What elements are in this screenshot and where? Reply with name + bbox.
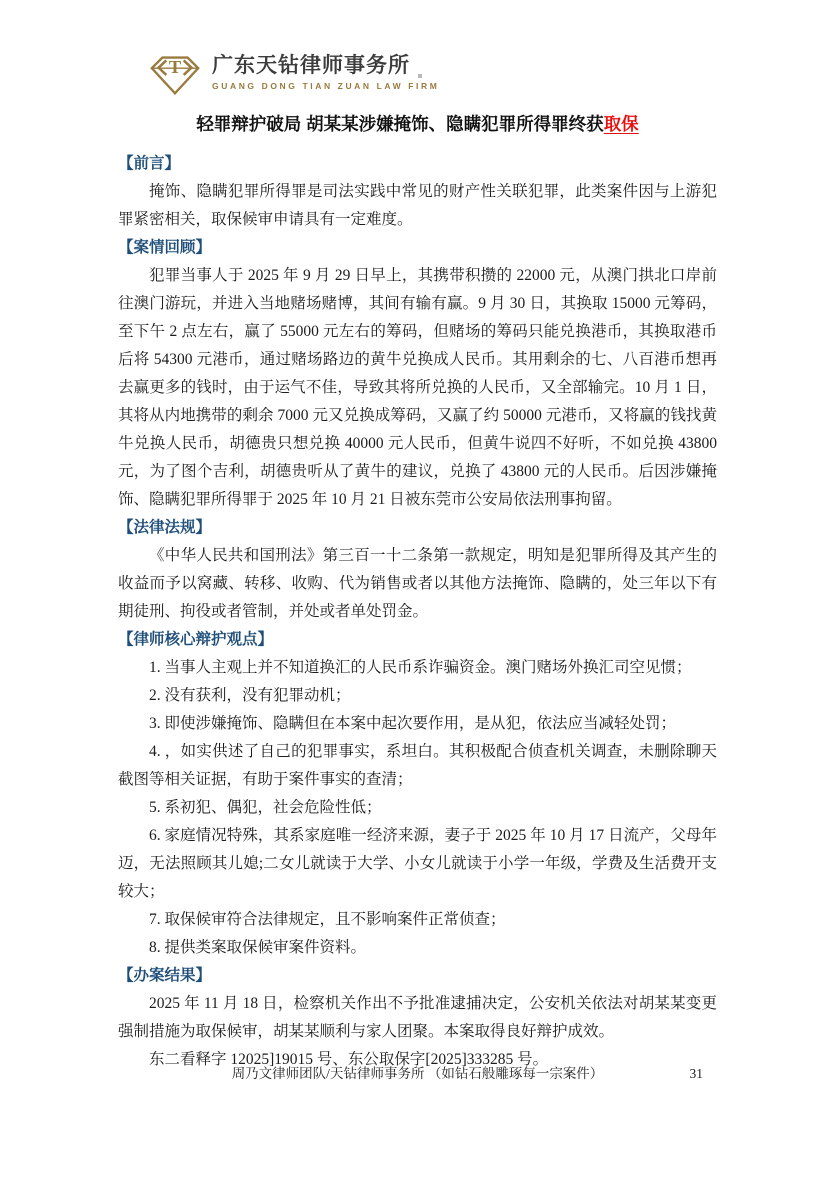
- intro-paragraph: 掩饰、隐瞒犯罪所得罪是司法实践中常见的财产性关联犯罪，此类案件因与上游犯罪紧密相…: [118, 178, 717, 234]
- diamond-t-logo-icon: T: [146, 48, 204, 98]
- firm-name-en: GUANG DONG TIAN ZUAN LAW FIRM: [212, 80, 439, 92]
- defense-point-2: 2. 没有获利，没有犯罪动机；: [118, 682, 717, 710]
- firm-header: T 广东天钻律师事务所 GUANG DONG TIAN ZUAN LAW FIR…: [118, 0, 717, 100]
- case-review-paragraph: 犯罪当事人于 2025 年 9 月 29 日早上，其携带积攒的 22000 元，…: [118, 262, 717, 514]
- page-content: T 广东天钻律师事务所 GUANG DONG TIAN ZUAN LAW FIR…: [0, 0, 833, 1074]
- defense-point-1: 1. 当事人主观上并不知道换汇的人民币系诈骗资金。澳门赌场外换汇司空见惯；: [118, 654, 717, 682]
- article-title-highlight: 取保: [604, 114, 639, 134]
- page-footer: 周乃文律师团队/天钻律师事务所 （如钻石般雕琢每一宗案件） 31: [118, 1064, 717, 1084]
- section-heading-defense: 【律师核心辩护观点】: [118, 626, 717, 654]
- article-title-main: 轻罪辩护破局 胡某某涉嫌掩饰、隐瞒犯罪所得罪终获: [196, 114, 603, 134]
- defense-point-5: 5. 系初犯、偶犯，社会危险性低；: [118, 794, 717, 822]
- section-heading-law: 【法律法规】: [118, 514, 717, 542]
- page-number: 31: [690, 1064, 704, 1084]
- document-page: T 广东天钻律师事务所 GUANG DONG TIAN ZUAN LAW FIR…: [0, 0, 833, 1178]
- section-heading-result: 【办案结果】: [118, 962, 717, 990]
- result-paragraph: 2025 年 11 月 18 日，检察机关作出不予批准逮捕决定，公安机关依法对胡…: [118, 990, 717, 1046]
- defense-point-3: 3. 即使涉嫌掩饰、隐瞒但在本案中起次要作用，是从犯，依法应当减轻处罚；: [118, 710, 717, 738]
- firm-name-block: 广东天钻律师事务所 GUANG DONG TIAN ZUAN LAW FIRM: [212, 54, 439, 92]
- firm-name-cn: 广东天钻律师事务所: [212, 54, 439, 78]
- article-body: 【前言】 掩饰、隐瞒犯罪所得罪是司法实践中常见的财产性关联犯罪，此类案件因与上游…: [118, 150, 717, 1074]
- svg-text:T: T: [169, 57, 181, 77]
- section-heading-case-review: 【案情回顾】: [118, 234, 717, 262]
- defense-point-4: 4. ，如实供述了自己的犯罪事实，系坦白。其积极配合侦查机关调查，未删除聊天截图…: [118, 738, 717, 794]
- section-heading-intro: 【前言】: [118, 150, 717, 178]
- defense-point-6: 6. 家庭情况特殊，其系家庭唯一经济来源，妻子于 2025 年 10 月 17 …: [118, 822, 717, 906]
- defense-point-8: 8. 提供类案取保候审案件资料。: [118, 934, 717, 962]
- footer-text: 周乃文律师团队/天钻律师事务所 （如钻石般雕琢每一宗案件）: [232, 1066, 604, 1081]
- article-title: 轻罪辩护破局 胡某某涉嫌掩饰、隐瞒犯罪所得罪终获取保: [118, 112, 717, 136]
- defense-point-7: 7. 取保候审符合法律规定，且不影响案件正常侦查；: [118, 906, 717, 934]
- law-paragraph: 《中华人民共和国刑法》第三百一十二条第一款规定，明知是犯罪所得及其产生的收益而予…: [118, 542, 717, 626]
